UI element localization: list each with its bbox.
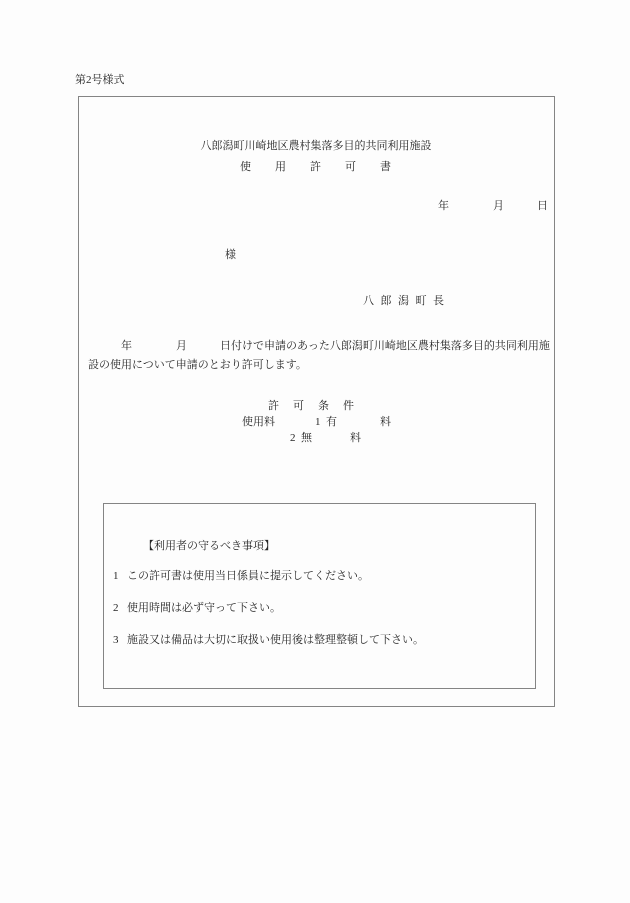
rule-item-number: 2: [113, 602, 127, 615]
issue-date-blank: 年 月 日: [438, 200, 548, 213]
fee-option-1-number: 1: [315, 416, 321, 429]
fee-label: 使用料: [242, 416, 275, 429]
permit-body-paragraph: 年 月 日付けで申請のあった八郎潟町川崎地区農村集落多目的共同利用施 設の使用に…: [88, 337, 560, 375]
rule-item: 2使用時間は必ず守って下さい。: [113, 602, 281, 615]
user-rules-heading: 【利用者の守るべき事項】: [143, 540, 275, 553]
fee-option-2-number: 2: [290, 432, 296, 445]
rule-item: 3施設又は備品は大切に取扱い使用後は整理整頓して下さい。: [113, 634, 424, 647]
fee-option-1-suffix: 料: [380, 416, 391, 429]
rule-item-text: この許可書は使用当日係員に提示してください。: [127, 570, 369, 582]
user-rules-box: [103, 503, 536, 689]
rule-item: 1この許可書は使用当日係員に提示してください。: [113, 570, 369, 583]
conditions-heading: 許可条件: [268, 400, 368, 413]
form-number-label: 第2号様式: [75, 74, 125, 87]
permit-body-line-2: 設の使用について申請のとおり許可します。: [88, 356, 560, 375]
fee-option-2-free: 無: [301, 432, 312, 445]
fee-option-1-paid: 有: [326, 416, 337, 429]
facility-name-title: 八郎潟町川崎地区農村集落多目的共同利用施設: [78, 140, 554, 153]
issuer-title: 八郎潟町長: [363, 295, 451, 308]
addressee-honorific: 様: [225, 249, 236, 262]
document-page: 第2号様式 八郎潟町川崎地区農村集落多目的共同利用施設 使用許可書 年 月 日 …: [0, 0, 630, 903]
rule-item-number: 3: [113, 634, 127, 647]
rule-item-text: 使用時間は必ず守って下さい。: [127, 602, 281, 614]
rule-item-number: 1: [113, 570, 127, 583]
permit-body-line-1: 年 月 日付けで申請のあった八郎潟町川崎地区農村集落多目的共同利用施: [88, 337, 560, 356]
document-title: 使用許可書: [240, 161, 415, 174]
fee-option-2-suffix: 料: [350, 432, 361, 445]
rule-item-text: 施設又は備品は大切に取扱い使用後は整理整頓して下さい。: [127, 634, 424, 646]
